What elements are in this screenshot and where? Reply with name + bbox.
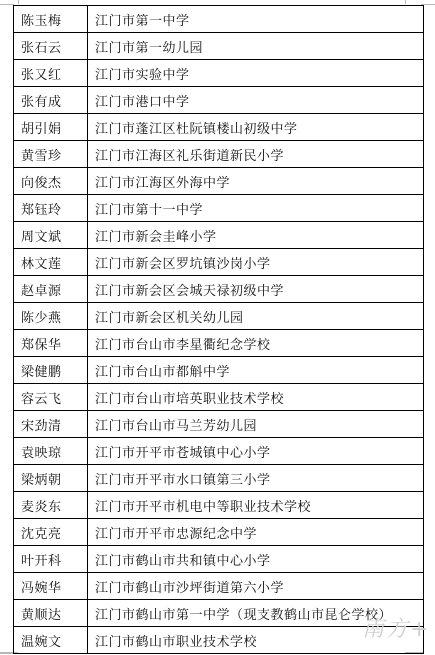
table-row: 赵卓源江门市新会区会城天禄初级中学 [14, 276, 424, 303]
table-row: 梁炳朝江门市开平市水口镇第三小学 [14, 465, 424, 492]
school-cell: 江门市蓬江区杜阮镇楼山初级中学 [88, 114, 424, 141]
table-row: 陈少燕江门市新会区机关幼儿园 [14, 303, 424, 330]
teacher-name-cell: 黄顺达 [14, 600, 88, 627]
table-row: 容云飞江门市台山市培英职业技术学校 [14, 384, 424, 411]
school-cell: 江门市港口中学 [88, 87, 424, 114]
school-cell: 江门市新会区罗坑镇沙岗小学 [88, 249, 424, 276]
table-row: 黄顺达江门市鹤山市第一中学（现支教鹤山市昆仑学校） [14, 600, 424, 627]
teacher-name-cell: 林文莲 [14, 249, 88, 276]
teacher-name-cell: 容云飞 [14, 384, 88, 411]
school-cell: 江门市第一幼儿园 [88, 33, 424, 60]
school-cell: 江门市新会区机关幼儿园 [88, 303, 424, 330]
school-cell: 江门市新会圭峰小学 [88, 222, 424, 249]
table-row: 郑保华江门市台山市李星衢纪念学校 [14, 330, 424, 357]
teacher-name-cell: 袁映琼 [14, 438, 88, 465]
table-row: 袁映琼江门市开平市苍城镇中心小学 [14, 438, 424, 465]
school-cell: 江门市新会区会城天禄初级中学 [88, 276, 424, 303]
table-row: 张又红江门市实验中学 [14, 60, 424, 87]
teacher-name-cell: 冯婉华 [14, 573, 88, 600]
table-row: 张石云江门市第一幼儿园 [14, 33, 424, 60]
school-cell: 江门市开平市忠源纪念中学 [88, 519, 424, 546]
teacher-name-cell: 梁炳朝 [14, 465, 88, 492]
teacher-name-cell: 陈玉梅 [14, 6, 88, 33]
school-cell: 江门市台山市马兰芳幼儿园 [88, 411, 424, 438]
table-row: 梁健鹏江门市台山市都斛中学 [14, 357, 424, 384]
school-cell: 江门市台山市李星衢纪念学校 [88, 330, 424, 357]
school-cell: 江门市实验中学 [88, 60, 424, 87]
teacher-name-cell: 温婉文 [14, 627, 88, 654]
table-row: 温婉文江门市鹤山市职业技术学校 [14, 627, 424, 654]
teacher-name-cell: 胡引娟 [14, 114, 88, 141]
table-row: 陈玉梅江门市第一中学 [14, 6, 424, 33]
table-row: 张有成江门市港口中学 [14, 87, 424, 114]
table-row: 黄雪珍江门市江海区礼乐街道新民小学 [14, 141, 424, 168]
teacher-name-cell: 张又红 [14, 60, 88, 87]
school-cell: 江门市台山市都斛中学 [88, 357, 424, 384]
table-row: 沈克亮江门市开平市忠源纪念中学 [14, 519, 424, 546]
table-row: 叶开科江门市鹤山市共和镇中心小学 [14, 546, 424, 573]
teacher-name-cell: 梁健鹏 [14, 357, 88, 384]
teacher-name-cell: 张有成 [14, 87, 88, 114]
school-cell: 江门市开平市苍城镇中心小学 [88, 438, 424, 465]
teacher-name-cell: 沈克亮 [14, 519, 88, 546]
teacher-roster-table: 陈玉梅江门市第一中学张石云江门市第一幼儿园张又红江门市实验中学张有成江门市港口中… [13, 5, 424, 654]
school-cell: 江门市开平市机电中等职业技术学校 [88, 492, 424, 519]
teacher-name-cell: 麦炎东 [14, 492, 88, 519]
table-row: 宋劲清江门市台山市马兰芳幼儿园 [14, 411, 424, 438]
page-corner-mark [405, 0, 406, 4]
school-cell: 江门市鹤山市共和镇中心小学 [88, 546, 424, 573]
teacher-name-cell: 黄雪珍 [14, 141, 88, 168]
school-cell: 江门市江海区外海中学 [88, 168, 424, 195]
page-corner-mark [0, 4, 14, 5]
teacher-name-cell: 叶开科 [14, 546, 88, 573]
table-row: 郑钰玲江门市第十一中学 [14, 195, 424, 222]
teacher-name-cell: 陈少燕 [14, 303, 88, 330]
table-row: 麦炎东江门市开平市机电中等职业技术学校 [14, 492, 424, 519]
table-row: 冯婉华江门市鹤山市沙坪街道第六小学 [14, 573, 424, 600]
teacher-name-cell: 向俊杰 [14, 168, 88, 195]
teacher-name-cell: 宋劲清 [14, 411, 88, 438]
teacher-name-cell: 周文斌 [14, 222, 88, 249]
teacher-name-cell: 赵卓源 [14, 276, 88, 303]
teacher-name-cell: 郑钰玲 [14, 195, 88, 222]
table-row: 胡引娟江门市蓬江区杜阮镇楼山初级中学 [14, 114, 424, 141]
school-cell: 江门市开平市水口镇第三小学 [88, 465, 424, 492]
school-cell: 江门市鹤山市职业技术学校 [88, 627, 424, 654]
teacher-name-cell: 郑保华 [14, 330, 88, 357]
table-row: 向俊杰江门市江海区外海中学 [14, 168, 424, 195]
table-body: 陈玉梅江门市第一中学张石云江门市第一幼儿园张又红江门市实验中学张有成江门市港口中… [14, 6, 424, 654]
school-cell: 江门市台山市培英职业技术学校 [88, 384, 424, 411]
table-row: 周文斌江门市新会圭峰小学 [14, 222, 424, 249]
school-cell: 江门市鹤山市第一中学（现支教鹤山市昆仑学校） [88, 600, 424, 627]
table-row: 林文莲江门市新会区罗坑镇沙岗小学 [14, 249, 424, 276]
school-cell: 江门市江海区礼乐街道新民小学 [88, 141, 424, 168]
school-cell: 江门市第十一中学 [88, 195, 424, 222]
school-cell: 江门市第一中学 [88, 6, 424, 33]
school-cell: 江门市鹤山市沙坪街道第六小学 [88, 573, 424, 600]
teacher-name-cell: 张石云 [14, 33, 88, 60]
page-corner-mark [18, 0, 19, 4]
